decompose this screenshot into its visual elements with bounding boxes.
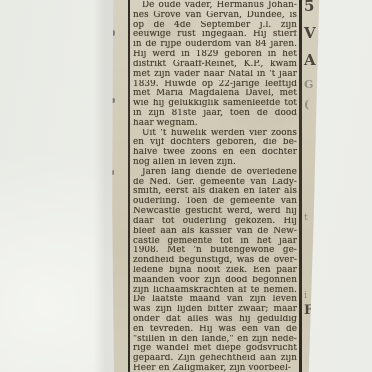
text-line: met zijn vader naar Natal in 't jaar [133,70,297,80]
text-line: halve twee zoons en een dochter [133,148,297,158]
text-line: Newcastle gesticht werd, werd hij [133,207,297,217]
text-line: smith, eerst als diaken en later als [133,187,297,197]
text-line: Uit 't huwelik werden vier zoons [133,129,297,139]
text-line: wie hij gelukkiglik samenleefde tot [133,99,297,109]
text-line: nog allen in leven zijn. [133,158,297,168]
cutoff-letter-fragment: G [304,78,313,91]
text-line: zijn lichaamskrachten af te nemen. [133,286,297,296]
text-line: gepaard. Zijn gehechtheid aan zijn [133,354,297,364]
text-line: in de rijpe ouderdom van 84 jaren. [133,40,297,50]
text-line: 1839. Huwde op 22-jarige leeftijd [133,80,297,90]
text-line: distrikt Graaff-Reinet, K.P., kwam [133,60,297,70]
torn-edge-speck [112,30,115,36]
text-line: eeuwige rust ingegaan. Hij stierf [133,30,297,40]
text-line: maanden voor zijn dood begonnen [133,276,297,286]
text-line: de Ned. Ger. gemeente van Lady- [133,178,297,188]
torn-edge-speck [112,170,114,175]
paragraph: Uit 't huwelik werden vier zoonsen vijf … [133,129,297,168]
text-line: De oude vader, Hermanus Johan- [133,1,297,11]
column-rule-left [128,0,131,372]
text-line: zondheid begunstigd, was de over- [133,256,297,266]
text-line: ouderling. Toen de gemeente van [133,197,297,207]
text-line: was zijn lijden bitter zwaar; maar [133,305,297,315]
article-column: De oude vader, Hermanus Johan-nes Grové … [133,1,297,372]
scanner-background: { "colors": { "scanner_background": "#eb… [0,0,372,372]
torn-edge-speck [112,98,115,103]
cutoff-letter-fragment: V [304,24,316,42]
cutoff-letter-fragment: A [304,51,316,69]
text-line: bleef aan als kassier van de New- [133,227,297,237]
cutoff-letter-fragment: t [304,213,308,223]
paragraph: De oude vader, Hermanus Johan-nes Grové … [133,1,297,129]
text-line: 1908. Met 'n buitengewone ge- [133,246,297,256]
text-line: daar tot ouderling gekozen. Hij [133,217,297,227]
cutoff-letter-fragment: F [304,303,313,318]
paragraph: Jaren lang diende de overledenede Ned. G… [133,168,297,372]
text-line: nes Grové van Gervan, Dundee, is [133,11,297,21]
text-line: in zijn 81ste jaar, toen de dood [133,109,297,119]
text-line: en tevreden. Hij was een van de [133,325,297,335]
newspaper-clipping: De oude vader, Hermanus Johan-nes Grové … [112,0,320,372]
text-line: Hij werd in 1829 geboren in het [133,50,297,60]
text-line: Heer en Zaligmaker, zijn voorbeel- [133,364,297,372]
text-line: onder dat alles was hij geduldig [133,315,297,325]
text-line: met Maria Magdalena Davel, met [133,89,297,99]
text-line: De laatste maand van zijn leven [133,295,297,305]
text-line: op de 4de September j.l. zijn [133,21,297,31]
text-line: castle gemeente tot in het jaar [133,237,297,247]
text-line: Jaren lang diende de overledene [133,168,297,178]
text-line: haar wegnam. [133,119,297,129]
cutoff-letter-fragment: 5 [304,0,314,15]
cutoff-letter-fragment: ( [304,98,309,111]
adjacent-column-strip: 5VAG(tiF [302,0,320,372]
text-line: ledene bijna nooit ziek. Een paar [133,266,297,276]
cutoff-letter-fragment: i [304,291,307,301]
text-line: rige wandel met diepe godsvrucht [133,344,297,354]
text-line: "stillen in den lande," en zijn nede- [133,335,297,345]
text-line: en vijf dochters geboren, die be- [133,138,297,148]
